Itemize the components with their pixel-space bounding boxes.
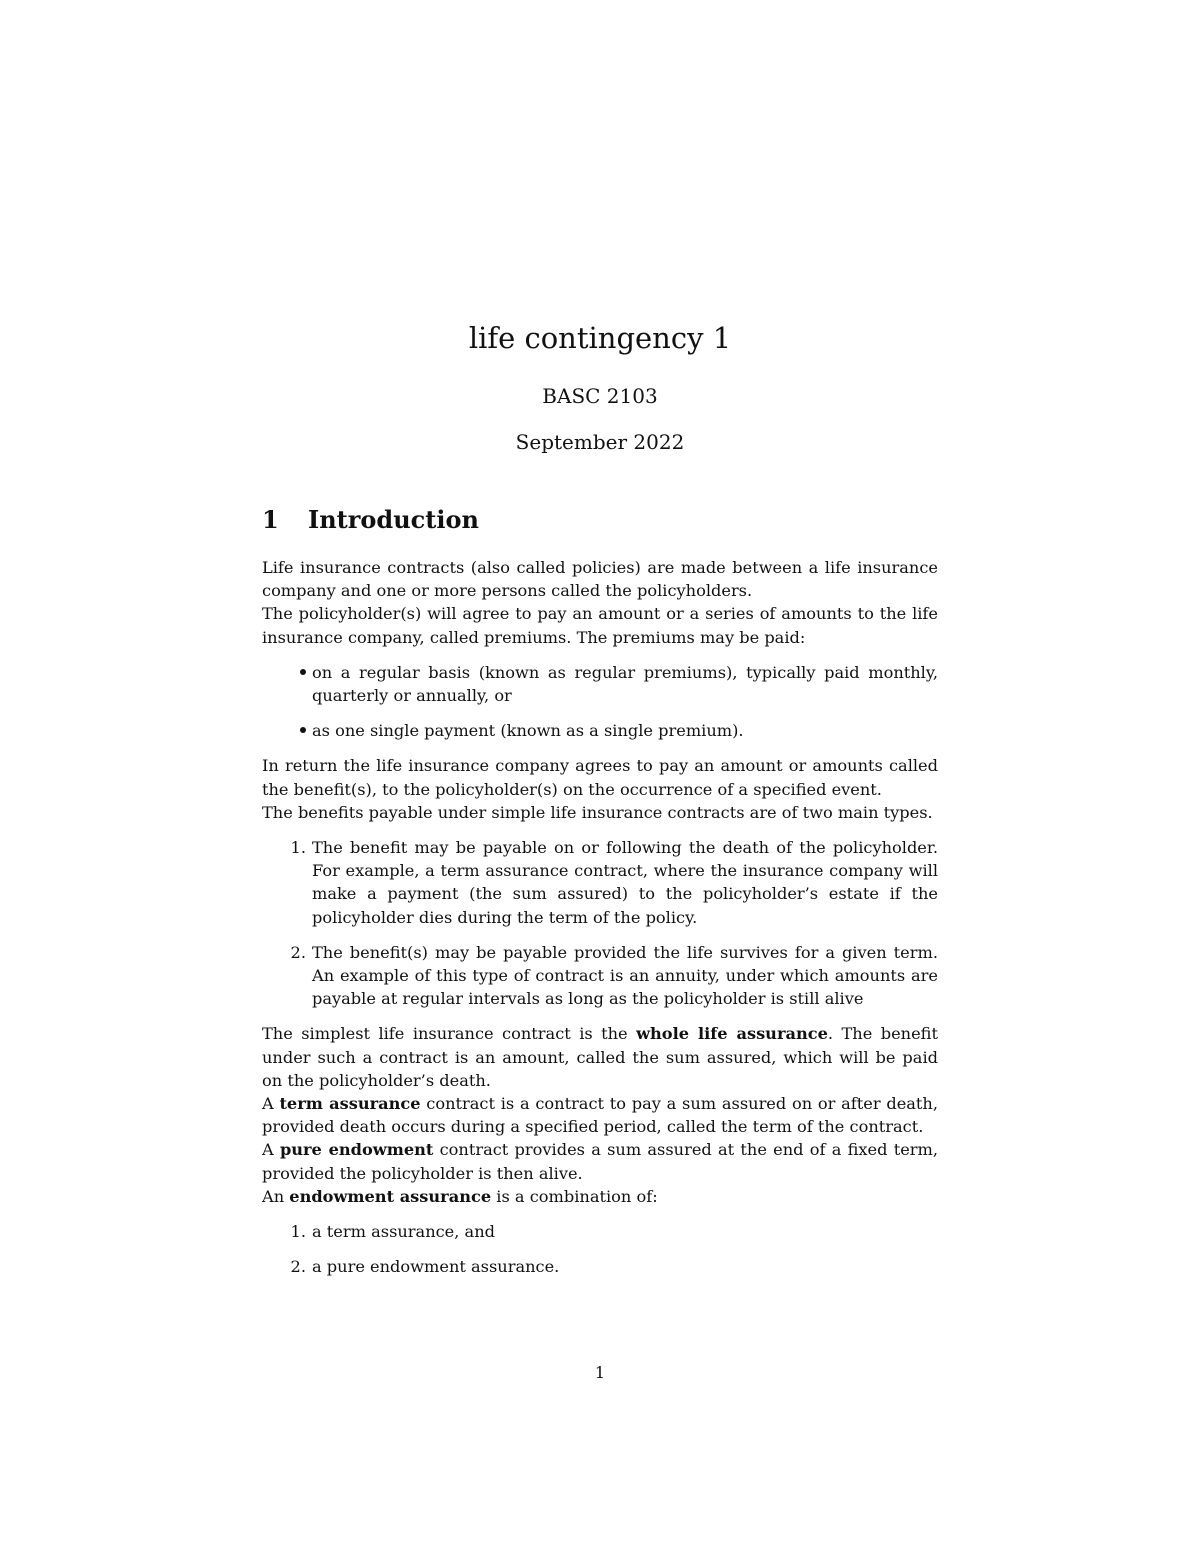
list-marker: 2. [262,1255,312,1278]
list-item: as one single payment (known as a single… [262,719,938,742]
endowment-components-list: 1. a term assurance, and 2. a pure endow… [262,1220,938,1278]
list-item-text: on a regular basis (known as regular pre… [312,661,938,707]
text-segment: is a combination of: [491,1187,658,1206]
list-item: 1. a term assurance, and [262,1220,938,1243]
list-item-text: as one single payment (known as a single… [312,719,938,742]
document-body: 1 Introduction Life insurance contracts … [262,502,938,1290]
document-author: BASC 2103 [0,382,1200,410]
text-segment: The simplest life insurance contract is … [262,1024,636,1043]
list-marker: 1. [262,1220,312,1243]
text-segment: A [262,1140,280,1159]
list-item-text: a pure endowment assurance. [312,1255,938,1278]
text-segment: A [262,1094,279,1113]
paragraph-benefits: In return the life insurance company agr… [262,754,938,800]
term-endowment-assurance: endowment assurance [289,1187,491,1206]
paragraph-premiums: The policyholder(s) will agree to pay an… [262,602,938,648]
paragraph-benefit-types: The benefits payable under simple life i… [262,801,938,824]
term-term-assurance: term assurance [279,1094,420,1113]
paragraph-term-assurance: A term assurance contract is a contract … [262,1092,938,1138]
section-title: Introduction [308,502,479,538]
term-pure-endowment: pure endowment [280,1140,433,1159]
document-date: September 2022 [0,428,1200,456]
term-whole-life-assurance: whole life assurance [636,1024,828,1043]
section-number: 1 [262,502,308,538]
text-segment: An [262,1187,289,1206]
list-marker: 1. [262,836,312,929]
page-number: 1 [0,1362,1200,1384]
list-item-text: The benefit may be payable on or followi… [312,836,938,929]
paragraph-whole-life: The simplest life insurance contract is … [262,1022,938,1092]
benefit-types-list: 1. The benefit may be payable on or foll… [262,836,938,1010]
section-heading: 1 Introduction [262,502,938,538]
list-item: 1. The benefit may be payable on or foll… [262,836,938,929]
list-item-text: The benefit(s) may be payable provided t… [312,941,938,1011]
list-marker: 2. [262,941,312,1011]
bullet-icon [300,727,306,733]
premium-bullet-list: on a regular basis (known as regular pre… [262,661,938,743]
paragraph-intro: Life insurance contracts (also called po… [262,556,938,602]
paragraph-pure-endowment: A pure endowment contract provides a sum… [262,1138,938,1184]
document-page: life contingency 1 BASC 2103 September 2… [0,0,1200,1553]
document-title: life contingency 1 [0,318,1200,358]
list-item: on a regular basis (known as regular pre… [262,661,938,707]
list-item: 2. a pure endowment assurance. [262,1255,938,1278]
list-item: 2. The benefit(s) may be payable provide… [262,941,938,1011]
paragraph-endowment-assurance: An endowment assurance is a combination … [262,1185,938,1208]
list-item-text: a term assurance, and [312,1220,938,1243]
bullet-icon [300,669,306,675]
